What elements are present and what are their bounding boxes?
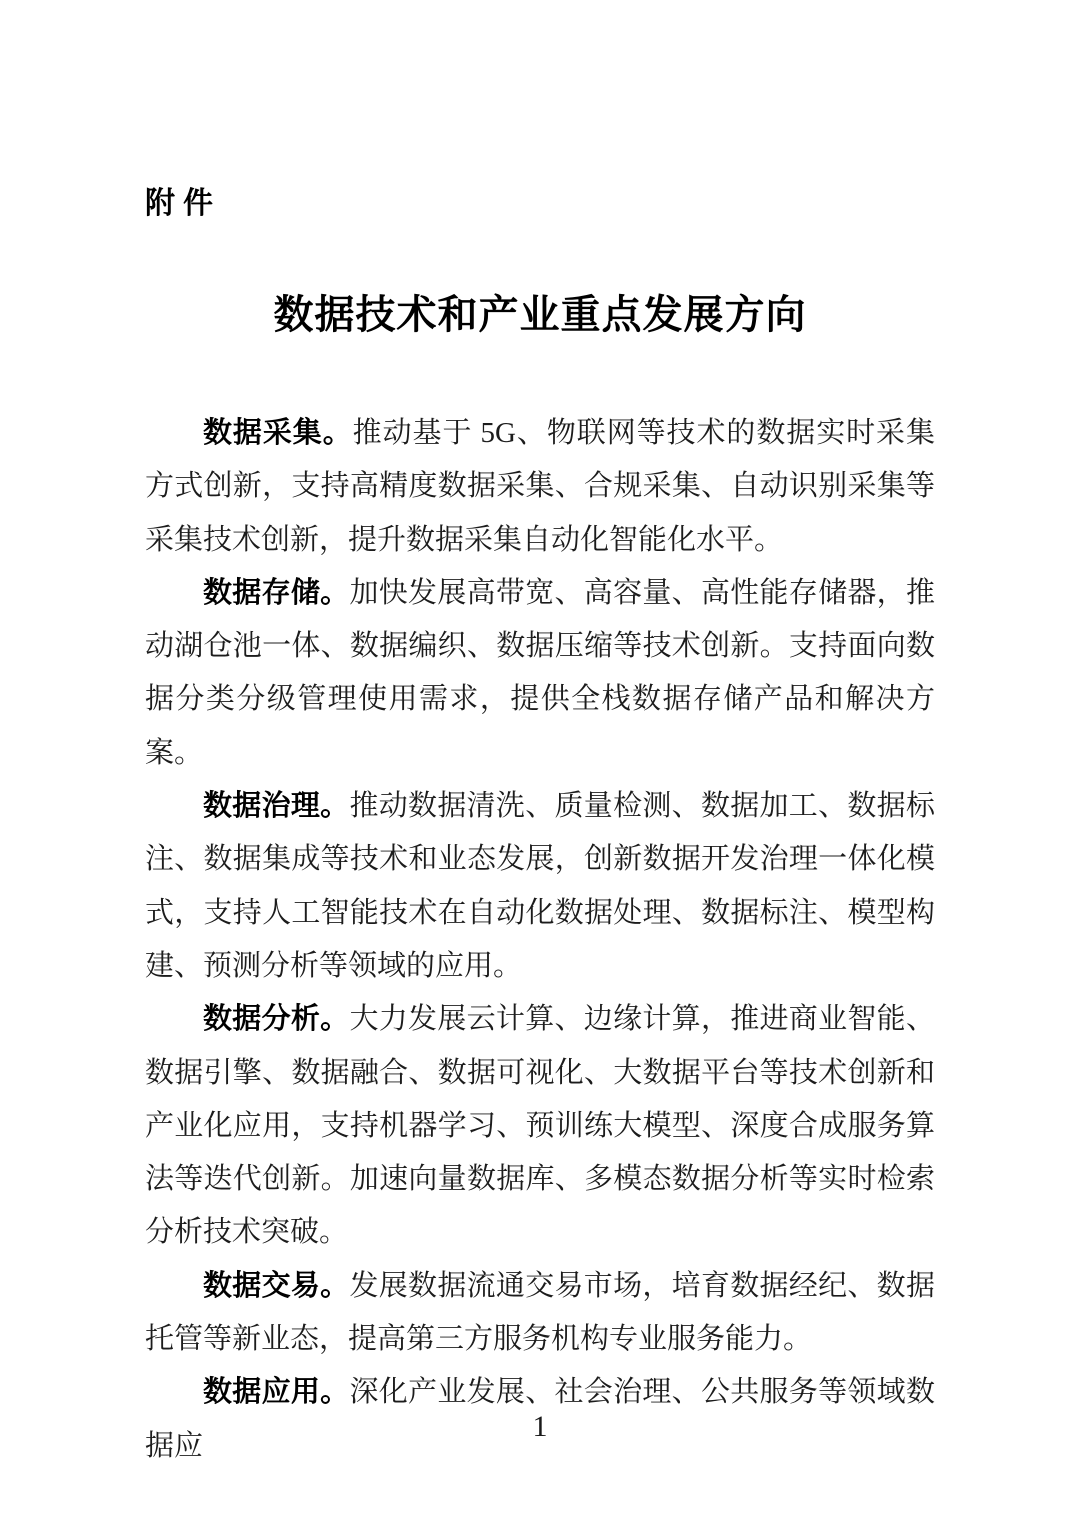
paragraph-lead: 数据存储。 — [203, 577, 349, 609]
paragraph-lead: 数据采集。 — [203, 417, 353, 449]
document-body: 数据采集。推动基于 5G、物联网等技术的数据实时采集方式创新，支持高精度数据采集… — [145, 407, 935, 1473]
paragraph-data-storage: 数据存储。加快发展高带宽、高容量、高性能存储器，推动湖仓池一体、数据编织、数据压… — [145, 567, 935, 780]
paragraph-lead: 数据分析。 — [203, 1003, 349, 1035]
paragraph-text: 大力发展云计算、边缘计算，推进商业智能、数据引擎、数据融合、数据可视化、大数据平… — [145, 1003, 935, 1248]
paragraph-data-collection: 数据采集。推动基于 5G、物联网等技术的数据实时采集方式创新，支持高精度数据采集… — [145, 407, 935, 567]
paragraph-data-analysis: 数据分析。大力发展云计算、边缘计算，推进商业智能、数据引擎、数据融合、数据可视化… — [145, 993, 935, 1259]
paragraph-lead: 数据治理。 — [203, 790, 349, 822]
document-title: 数据技术和产业重点发展方向 — [0, 292, 1080, 338]
paragraph-data-governance: 数据治理。推动数据清洗、质量检测、数据加工、数据标注、数据集成等技术和业态发展，… — [145, 780, 935, 993]
document-page: 附件 数据技术和产业重点发展方向 数据采集。推动基于 5G、物联网等技术的数据实… — [0, 0, 1080, 1527]
attachment-label: 附件 — [145, 189, 221, 219]
paragraph-lead: 数据应用。 — [203, 1376, 349, 1408]
page-number: 1 — [0, 1412, 1080, 1442]
paragraph-data-trading: 数据交易。发展数据流通交易市场，培育数据经纪、数据托管等新业态，提高第三方服务机… — [145, 1260, 935, 1367]
paragraph-lead: 数据交易。 — [203, 1270, 349, 1302]
